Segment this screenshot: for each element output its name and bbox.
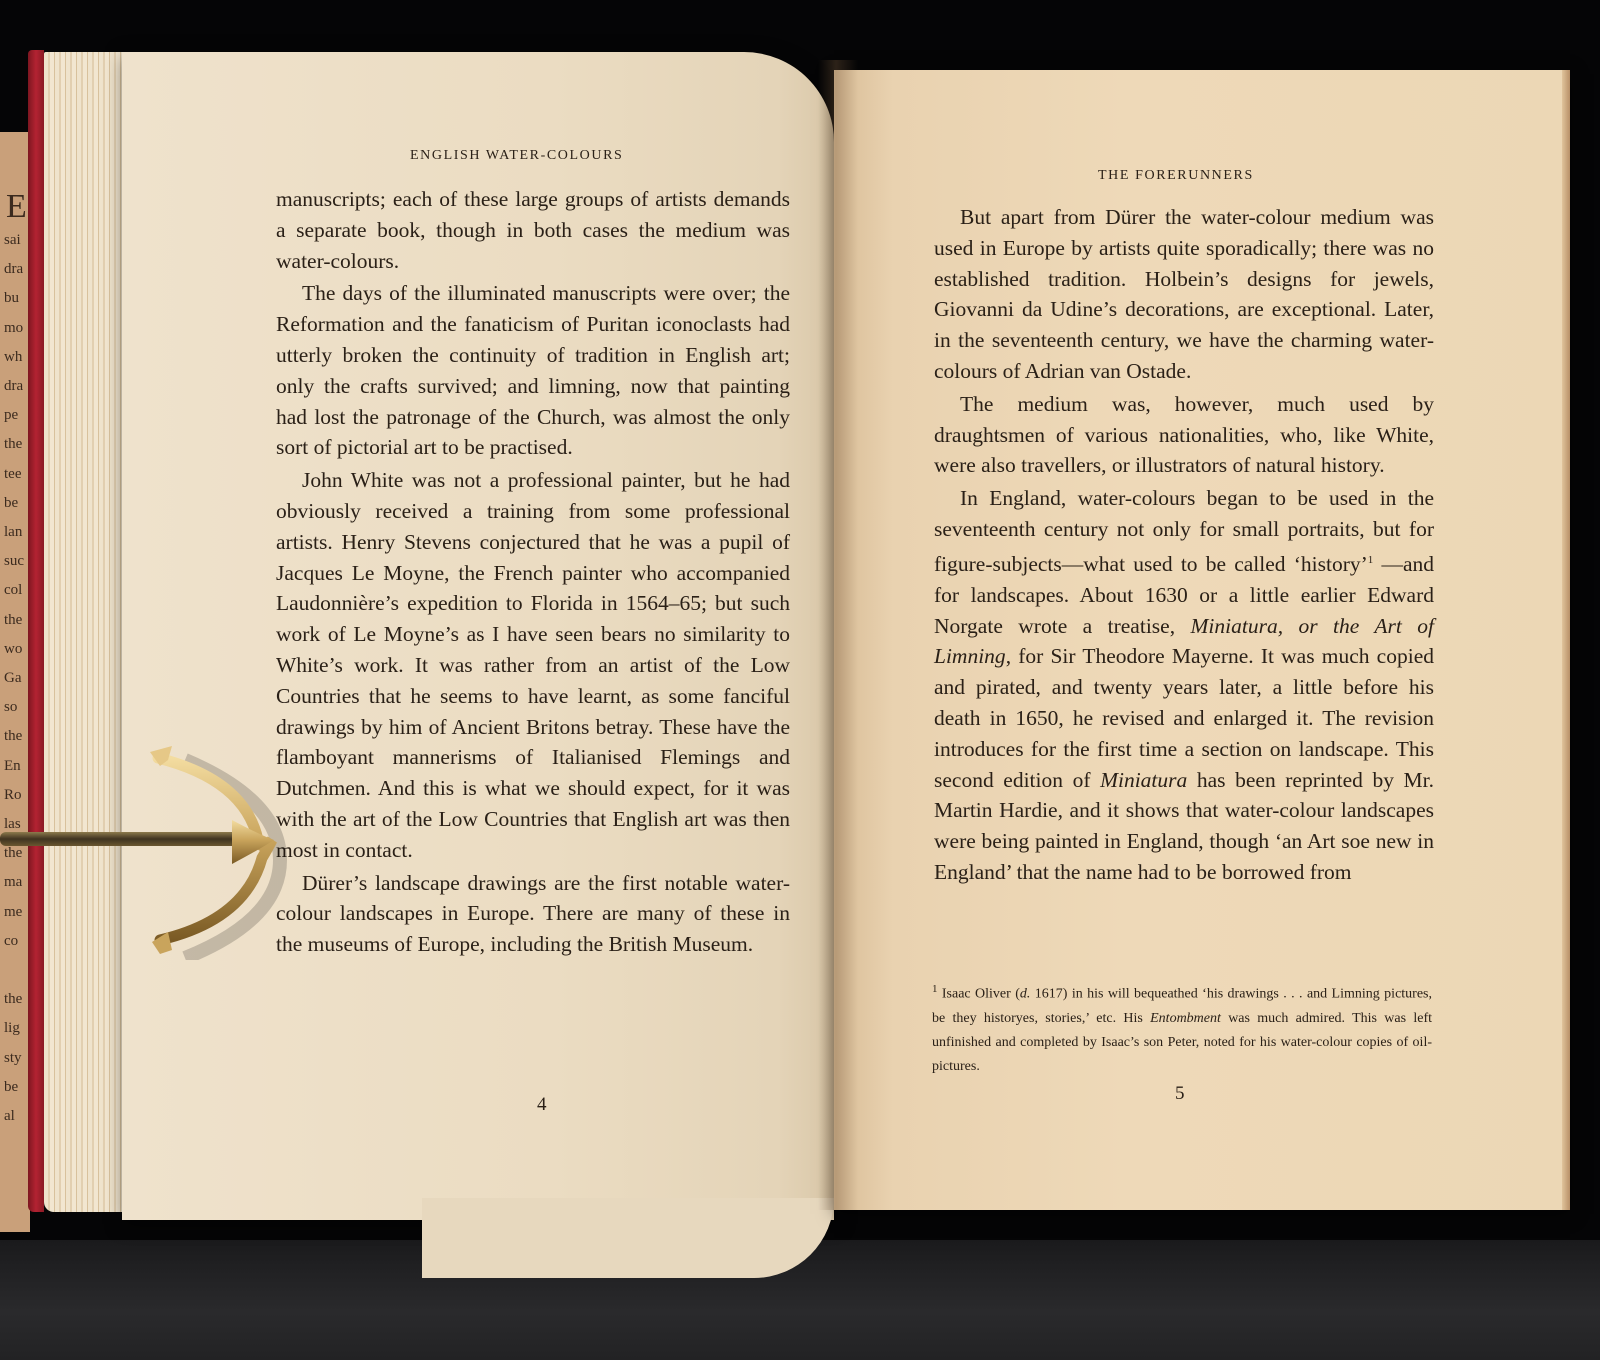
underlying-text-fragment: tee [4, 462, 21, 488]
paragraph: John White was not a professional painte… [276, 465, 790, 865]
page-number-left: 4 [537, 1094, 547, 1116]
underlying-text-fragment: wo [4, 637, 22, 663]
paragraph: The days of the illuminated manuscripts … [276, 278, 790, 463]
underlying-text-fragment: dra [4, 257, 23, 283]
book-gutter [818, 60, 858, 1210]
underlying-text-fragment: dra [4, 374, 23, 400]
paragraph: Dürer’s landscape drawings are the first… [276, 868, 790, 960]
underlying-text-fragment: be [4, 1075, 18, 1101]
underlying-text-fragment: bu [4, 286, 19, 312]
underlying-text-fragment: the [4, 432, 22, 458]
underlying-text-fragment: E [6, 190, 27, 224]
running-head-right: THE FORERUNNERS [1098, 168, 1254, 184]
underlying-text-fragment: al [4, 1104, 15, 1130]
underlying-text-fragment: wh [4, 345, 22, 371]
book-title: Miniatura [1100, 768, 1187, 792]
underlying-text-fragment: suc [4, 549, 24, 575]
page-number-right: 5 [1175, 1083, 1185, 1105]
underlying-text-fragment: pe [4, 403, 18, 429]
running-head-left: ENGLISH WATER-COLOURS [410, 148, 623, 164]
underlying-text-fragment: Ga [4, 666, 22, 692]
underlying-text-fragment: so [4, 695, 17, 721]
book-cover-red [28, 50, 44, 1212]
underlying-text-fragment: sty [4, 1046, 22, 1072]
underlying-page: Esaidrabumowhdrapetheteebelansuccolthewo… [0, 132, 30, 1232]
page-stack-edge [44, 52, 126, 1212]
underlying-text-fragment: the [4, 987, 22, 1013]
underlying-text-fragment: the [4, 608, 22, 634]
underlying-text-fragment: col [4, 578, 22, 604]
paragraph: But apart from Dürer the water-colour me… [934, 202, 1434, 387]
underlying-text-fragment: sai [4, 228, 21, 254]
footnote: 1 Isaac Oliver (d. 1617) in his will beq… [932, 977, 1432, 1079]
paragraph: The medium was, however, much used by dr… [934, 389, 1434, 481]
right-page-body: But apart from Dürer the water-colour me… [934, 202, 1434, 888]
paragraph: In England, water-colours began to be us… [934, 483, 1434, 888]
anchor-bookmark-icon[interactable] [0, 740, 290, 960]
paragraph: manuscripts; each of these large groups … [276, 184, 790, 276]
underlying-text-fragment: be [4, 491, 18, 517]
artwork-title: Entombment [1150, 1011, 1221, 1026]
underlying-text-fragment: mo [4, 316, 23, 342]
left-page-body: manuscripts; each of these large groups … [276, 184, 790, 960]
underlying-text-fragment: lig [4, 1016, 20, 1042]
underlying-text-fragment: lan [4, 520, 22, 546]
